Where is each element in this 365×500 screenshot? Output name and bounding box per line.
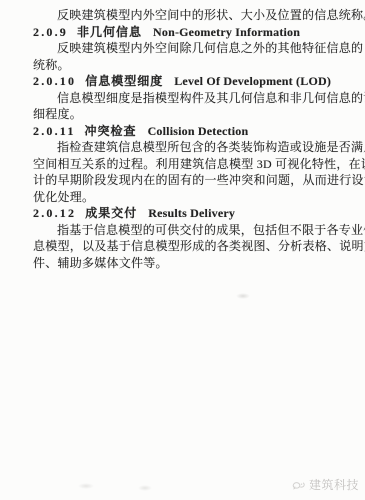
scanned-document-page: 反映建筑模型内外空间中的形状、大小及位置的信息统称。 2.0.9非几何信息Non… bbox=[0, 0, 365, 500]
clause-term-en: Level Of Development (LOD) bbox=[174, 74, 331, 88]
watermark: 建筑科技 bbox=[292, 476, 359, 493]
clause-term-cn: 冲突检查 bbox=[85, 124, 137, 138]
paragraph-line: 统称。 bbox=[33, 57, 361, 74]
clause-term-cn: 非几何信息 bbox=[77, 25, 142, 39]
scan-artifact bbox=[236, 293, 250, 299]
paragraph-line: 反映建筑模型内外空间除几何信息之外的其他特征信息的 bbox=[33, 40, 361, 57]
paragraph-line: 息模型，以及基于信息模型形成的各类视图、分析表格、说明文 bbox=[33, 238, 361, 255]
paragraph-line: 优化处理。 bbox=[33, 189, 361, 206]
clause-number: 2.0.9 bbox=[33, 25, 68, 39]
paragraph-line: 反映建筑模型内外空间中的形状、大小及位置的信息统称。 bbox=[33, 7, 361, 24]
paragraph-line: 指检查建筑信息模型所包含的各类装饰构造或设施是否满足 bbox=[33, 139, 361, 156]
clause-term-en: Results Delivery bbox=[148, 206, 235, 220]
paragraph-line: 空间相互关系的过程。利用建筑信息模型 3D 可视化特性，在设 bbox=[33, 156, 361, 173]
clause-term-en: Collision Detection bbox=[148, 124, 249, 138]
paragraph-line: 件、辅助多媒体文件等。 bbox=[33, 255, 361, 272]
paragraph-line: 计的早期阶段发现内在的固有的一些冲突和问题，从而进行设计 bbox=[33, 172, 361, 189]
clause-heading: 2.0.12成果交付Results Delivery bbox=[33, 205, 361, 222]
clause-heading: 2.0.9非几何信息Non-Geometry Information bbox=[33, 24, 361, 41]
paragraph-line: 指基于信息模型的可供交付的成果，包括但不限于各专业信 bbox=[33, 222, 361, 239]
wechat-logo-icon bbox=[292, 478, 306, 492]
document-text-block: 反映建筑模型内外空间中的形状、大小及位置的信息统称。 2.0.9非几何信息Non… bbox=[33, 7, 361, 271]
clause-heading: 2.0.11冲突检查Collision Detection bbox=[33, 123, 361, 140]
clause-heading: 2.0.10信息模型细度Level Of Development (LOD) bbox=[33, 73, 361, 90]
scan-artifact bbox=[78, 483, 94, 489]
clause-term-en: Non-Geometry Information bbox=[153, 25, 300, 39]
clause-term-cn: 成果交付 bbox=[85, 206, 137, 220]
clause-number: 2.0.12 bbox=[33, 206, 76, 220]
scan-artifact bbox=[138, 485, 152, 491]
watermark-label: 建筑科技 bbox=[309, 476, 359, 493]
paragraph-line: 信息模型细度是指模型构件及其几何信息和非几何信息的详 bbox=[33, 90, 361, 107]
clause-number: 2.0.10 bbox=[33, 74, 76, 88]
paragraph-line: 细程度。 bbox=[33, 106, 361, 123]
clause-term-cn: 信息模型细度 bbox=[85, 74, 163, 88]
clause-number: 2.0.11 bbox=[33, 124, 76, 138]
